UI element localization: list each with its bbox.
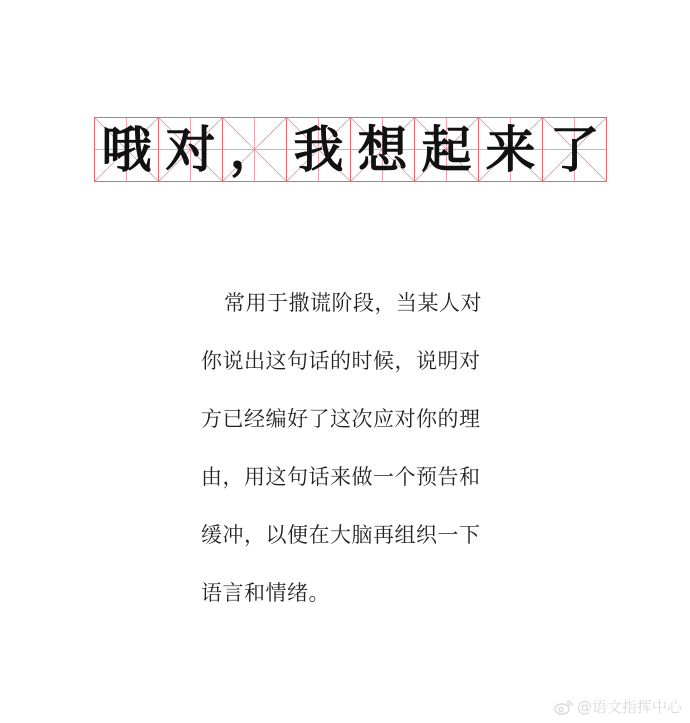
- body-line: 缓冲，以便在大脑再组织一下: [201, 520, 493, 578]
- body-line: 由，用这句话来做一个预告和: [201, 462, 493, 520]
- watermark: @语文指挥中心: [554, 696, 682, 717]
- body-paragraph: 常用于撒谎阶段，当某人对 你说出这句话的时候，说明对 方已经编好了这次应对你的理…: [201, 288, 493, 636]
- title-char: 我: [287, 118, 350, 181]
- title-char: 了: [543, 118, 606, 181]
- title-char: 对: [159, 118, 222, 181]
- body-line: 常用于撒谎阶段，当某人对: [201, 288, 493, 346]
- grid-cell: 对: [158, 117, 223, 182]
- grid-cell: 了: [542, 117, 607, 182]
- title-char: 哦: [95, 118, 158, 181]
- title-char: 想: [351, 118, 414, 181]
- title-grid: 哦 对 ， 我: [94, 117, 607, 182]
- title-char: ，: [223, 118, 286, 181]
- grid-cell: 哦: [94, 117, 159, 182]
- grid-cell: 我: [286, 117, 351, 182]
- grid-cell: 来: [478, 117, 543, 182]
- title-char: 起: [415, 118, 478, 181]
- body-line: 你说出这句话的时候，说明对: [201, 346, 493, 404]
- body-line: 语言和情绪。: [201, 578, 493, 636]
- weibo-icon: [554, 699, 574, 715]
- body-line: 方已经编好了这次应对你的理: [201, 404, 493, 462]
- watermark-text: @语文指挥中心: [577, 696, 682, 717]
- grid-cell: 起: [414, 117, 479, 182]
- grid-cell: 想: [350, 117, 415, 182]
- title-char: 来: [479, 118, 542, 181]
- grid-cell: ，: [222, 117, 287, 182]
